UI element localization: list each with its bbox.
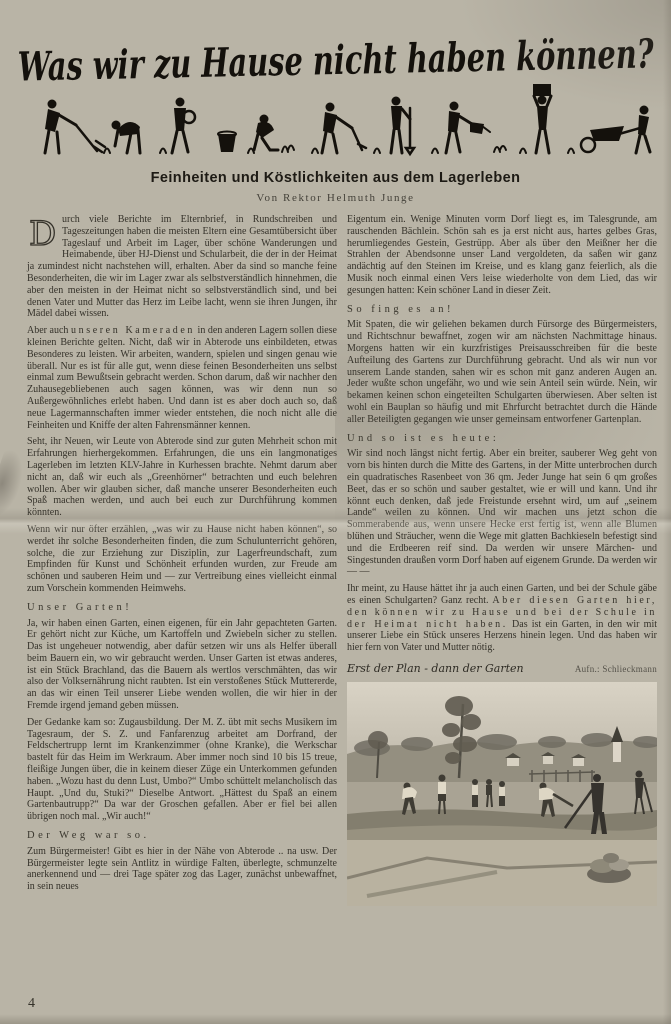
article-body: D urch viele Berichte im Elternbrief, in… <box>27 214 657 909</box>
scan-shadow-bottom-edge <box>0 1014 671 1024</box>
page-number: 4 <box>28 996 35 1012</box>
paragraph: Wir sind noch längst nicht fertig. Aber … <box>347 448 657 578</box>
right-column: Eigentum ein. Wenige Minuten vorm Dorf l… <box>347 214 657 909</box>
paragraph: Aber auch unseren Kameraden in den ander… <box>27 325 337 431</box>
garden-work-photo <box>347 682 657 906</box>
gardeners-drawing-icon <box>45 84 650 154</box>
article-byline: Von Rektor Helmuth Junge <box>0 192 671 204</box>
paragraph: Mit Spaten, die wir geliehen bekamen dur… <box>347 319 657 425</box>
section-heading-der-weg-war-so: Der Weg war so. <box>27 830 337 842</box>
dropcap-initial: D <box>27 215 57 251</box>
section-heading-unser-garten: Unser Garten! <box>27 602 337 614</box>
svg-text:D: D <box>29 215 56 251</box>
photo-caption-row: Erst der Plan - dann der Garten Aufn.: S… <box>347 663 657 676</box>
masthead-illustration: Was wir zu Hause nicht haben können? <box>12 24 660 166</box>
emphasized-text: unseren Kameraden <box>71 325 195 336</box>
paragraph: Eigentum ein. Wenige Minuten vorm Dorf l… <box>347 214 657 297</box>
paragraph: Ihr meint, zu Hause hättet ihr ja auch e… <box>347 583 657 654</box>
left-column: D urch viele Berichte im Elternbrief, in… <box>27 214 337 909</box>
paper-streak <box>0 448 30 523</box>
paragraph: Seht, ihr Neuen, wir Leute von Abterode … <box>27 436 337 519</box>
masthead-title: Was wir zu Hause nicht haben können? <box>17 30 654 90</box>
photo-credit: Aufn.: Schlieckmann <box>575 664 657 676</box>
photo-caption: Erst der Plan - dann der Garten <box>347 663 524 675</box>
paragraph: Zum Bürgermeister! Gibt es hier in der N… <box>27 846 337 893</box>
paragraph: Der Gedanke kam so: Zugausbildung. Der M… <box>27 717 337 823</box>
paragraph: D urch viele Berichte im Elternbrief, in… <box>27 214 337 320</box>
paragraph: Ja, wir haben einen Garten, einen eigene… <box>27 618 337 712</box>
paragraph: Wenn wir nur öfter erzählen, „was wir zu… <box>27 524 337 595</box>
section-heading-und-so-ist-es-heute: Und so ist es heute: <box>347 433 657 445</box>
scan-shadow-right-edge <box>663 0 671 1024</box>
scanned-page: Was wir zu Hause nicht haben können? <box>0 0 671 1024</box>
article-subtitle: Feinheiten und Köstlichkeiten aus dem La… <box>0 170 671 186</box>
section-heading-so-fing-es-an: So fing es an! <box>347 304 657 316</box>
